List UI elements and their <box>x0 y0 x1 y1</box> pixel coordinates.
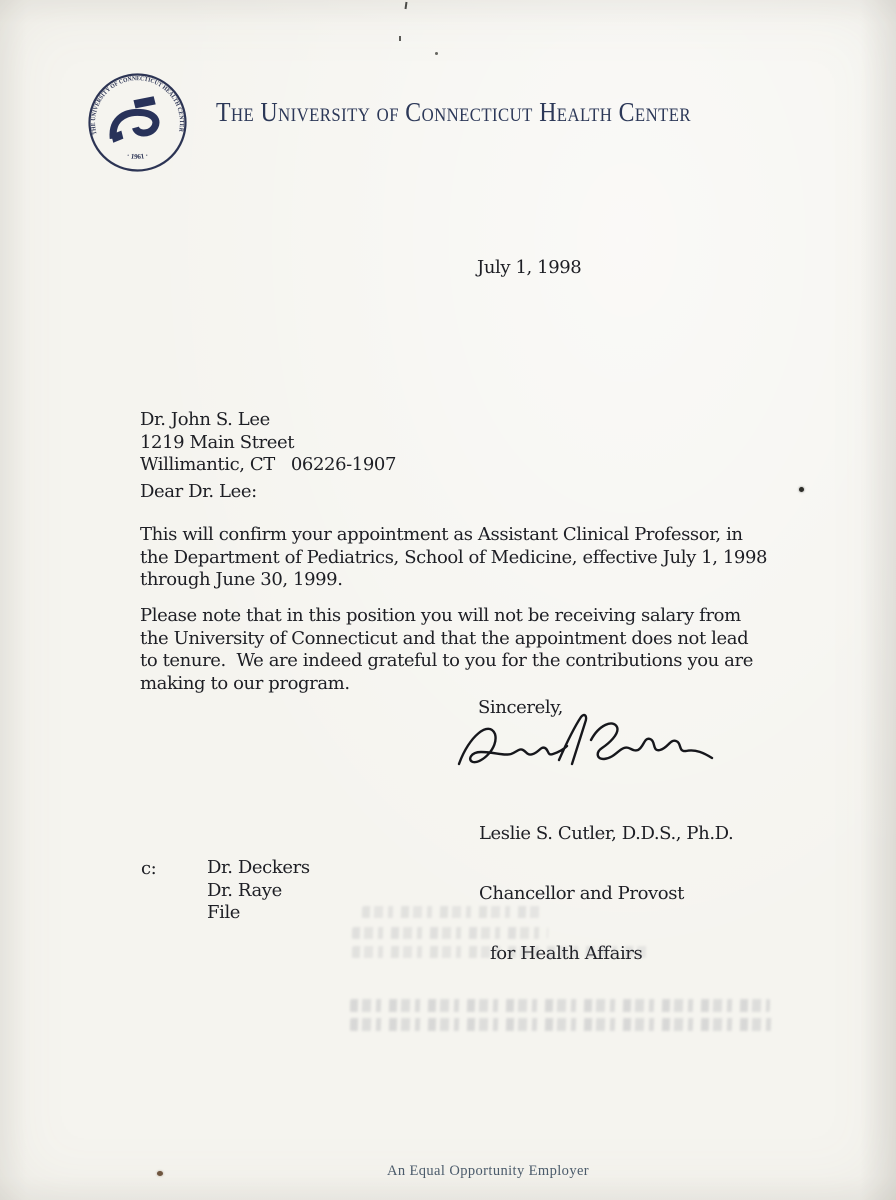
organization-name: The University of Connecticut Health Cen… <box>216 97 691 128</box>
cc-names: Dr. Deckers Dr. Raye File <box>207 857 310 925</box>
ink-speck <box>405 2 408 9</box>
university-seal-icon: THE UNIVERSITY OF CONNECTICUT HEALTH CEN… <box>87 72 188 177</box>
ink-speck <box>435 52 438 55</box>
signer-name: Leslie S. Cutler, D.D.S., Ph.D. <box>479 824 733 844</box>
handwritten-signature <box>455 712 715 788</box>
cc-label: c: <box>141 858 156 881</box>
seal-year-text: · 1961 · <box>126 151 149 161</box>
body-paragraph-2: Please note that in this position you wi… <box>140 605 830 695</box>
signature-ink <box>455 712 715 784</box>
footer-tagline: An Equal Opportunity Employer <box>80 1163 896 1180</box>
ink-dot <box>799 487 804 492</box>
bleedthrough-artifact <box>350 999 770 1012</box>
salutation: Dear Dr. Lee: <box>140 481 257 504</box>
seal-emblem <box>111 96 156 142</box>
bleedthrough-artifact <box>362 906 540 918</box>
bleedthrough-artifact <box>352 946 650 958</box>
signer-title-line-1: Chancellor and Provost <box>479 884 733 904</box>
body-paragraph-1: This will confirm your appointment as As… <box>140 524 830 592</box>
bleedthrough-artifact <box>352 927 548 939</box>
signature-block: Leslie S. Cutler, D.D.S., Ph.D. Chancell… <box>479 784 733 1004</box>
bleedthrough-artifact <box>350 1018 774 1031</box>
ink-speck <box>399 36 401 41</box>
svg-text:· 1961 ·: · 1961 · <box>126 151 149 161</box>
letter-date: July 1, 1998 <box>477 257 581 280</box>
recipient-address: Dr. John S. Lee 1219 Main Street Willima… <box>140 409 396 477</box>
scanned-letter-page: THE UNIVERSITY OF CONNECTICUT HEALTH CEN… <box>0 0 896 1200</box>
seal-graphic: THE UNIVERSITY OF CONNECTICUT HEALTH CEN… <box>87 72 188 173</box>
